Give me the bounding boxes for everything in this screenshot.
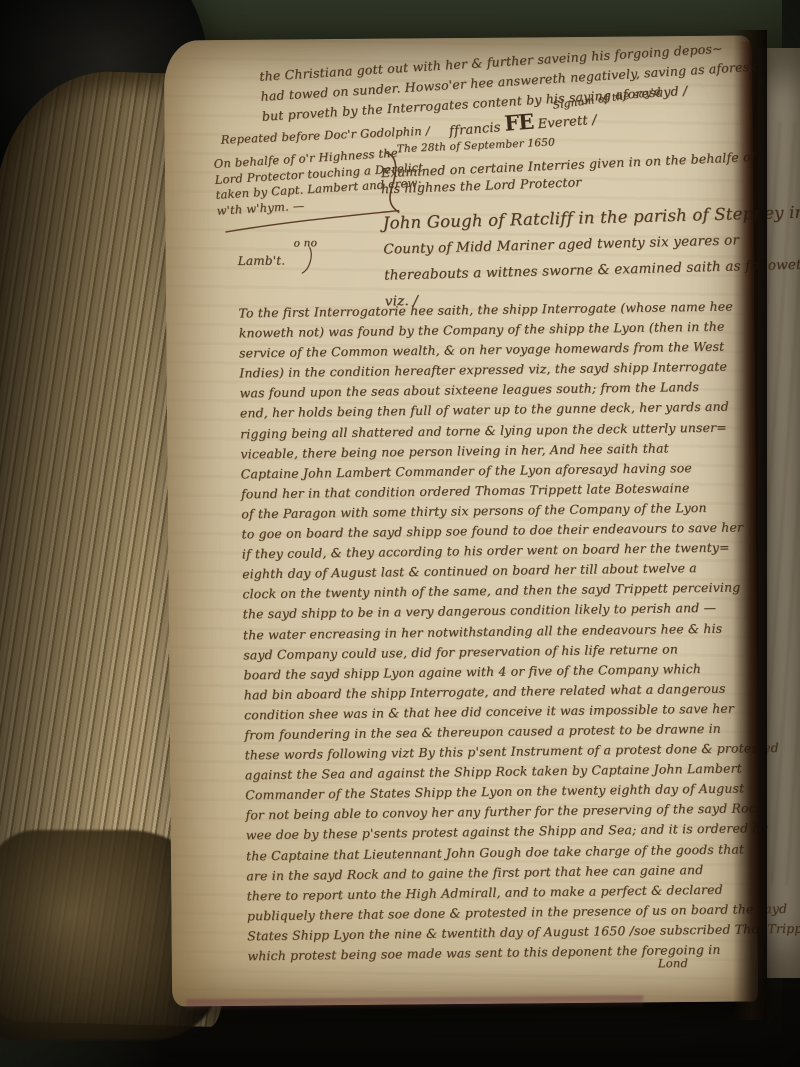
signature-surname: Everett / [537,113,597,133]
signature-forename: ffrancis [448,120,501,139]
catchword: Lond [658,956,688,970]
book-gutter-shadow [733,30,767,1020]
manuscript-photograph: { "colors": { "paper": "#d6c8aa", "ink":… [0,0,800,1067]
margin-sub-label: Lamb't. [238,254,286,268]
deposition-body: To the first Interrogatorie hee saith, t… [238,295,800,966]
margin-sub-mark: o no [294,237,318,249]
fe-signature-mark: FE [503,109,534,136]
manuscript-page: the Christiana gott out with her & furth… [164,35,758,1006]
